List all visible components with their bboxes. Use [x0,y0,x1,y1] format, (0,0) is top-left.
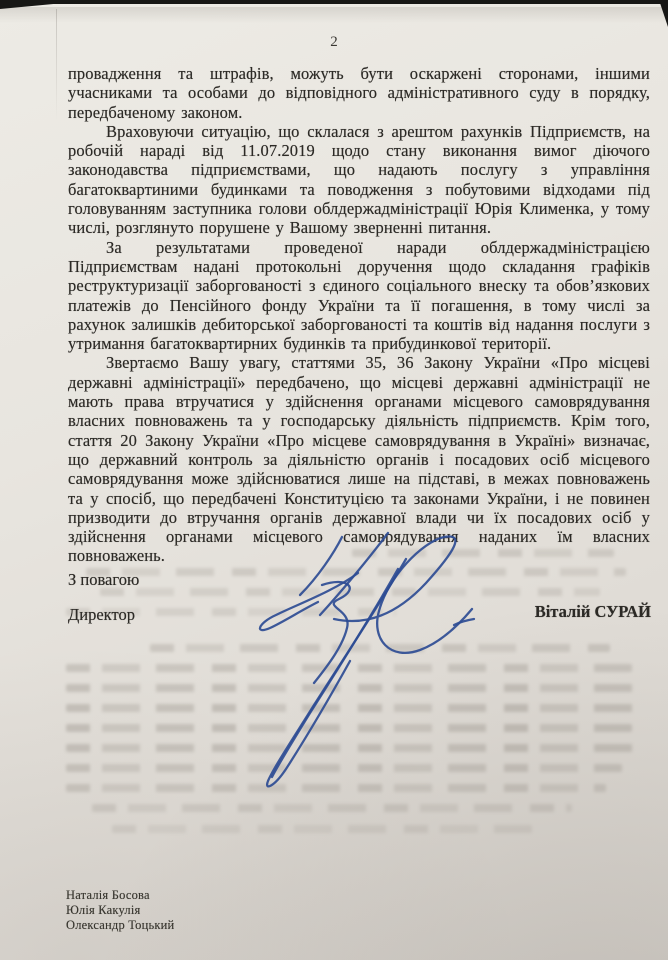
closing-salutation: З повагою [68,570,139,590]
scan-light-band [0,7,668,23]
signer-title: Директор [68,605,135,625]
scanned-letter-page: { "page": { "number": "2" }, "letter": {… [0,0,668,960]
footer-name: Олександр Тоцький [66,918,174,933]
paragraph-meeting: Враховуючи ситуацію, що склалася з арешт… [68,122,650,238]
signature-ink [238,529,502,803]
paragraph-appeal-procedure: провадження та штрафів, можуть бути оска… [68,64,650,122]
bleedthrough-line [112,825,532,833]
scanner-edge-top [0,0,668,4]
paper-fold-crease [56,9,57,121]
footer-name: Юлія Какулія [66,903,174,918]
letter-body: провадження та штрафів, можуть бути оска… [68,64,650,566]
page-number: 2 [0,34,668,51]
bleedthrough-line [92,804,572,812]
footer-name: Наталія Босова [66,888,174,903]
footer-names-block: Наталія Босова Юлія Какулія Олександр То… [66,888,174,933]
signer-name: Віталій СУРАЙ [535,602,651,622]
paper-sheet: 2 провадження та штрафів, можуть бути ос… [0,3,668,960]
paragraph-restructuring: За результатами проведеної наради облдер… [68,238,650,354]
